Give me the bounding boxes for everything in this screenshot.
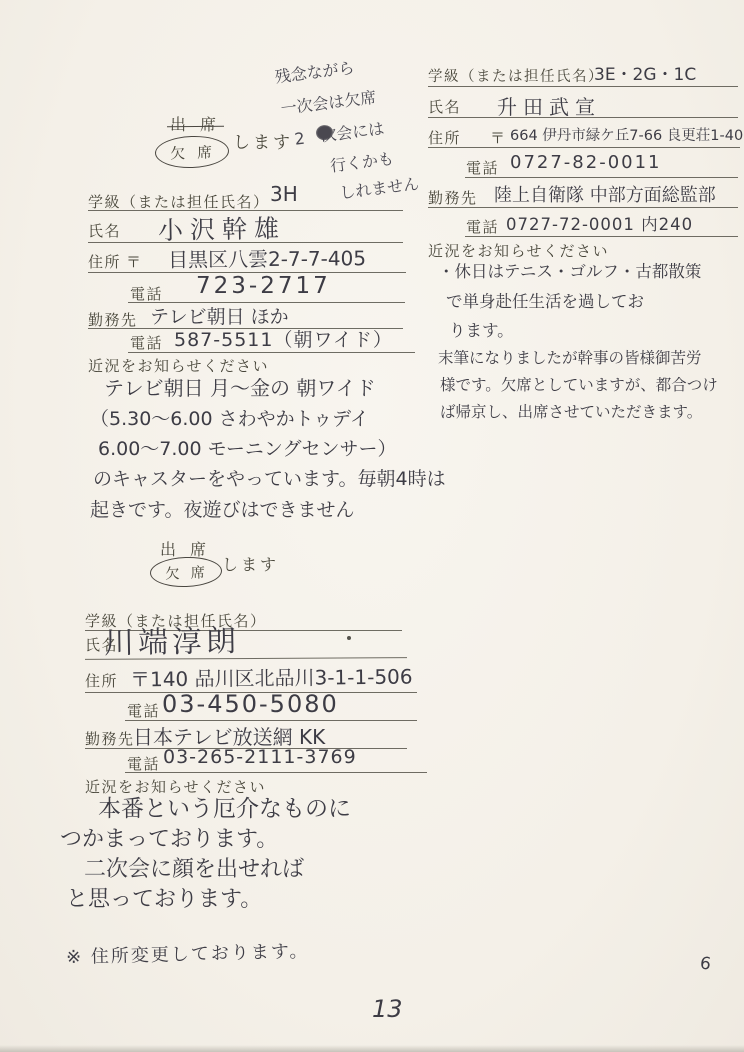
address-value: 〒140 品川区北品川3-1-1-506 (130, 661, 413, 693)
news-line: テレビ朝日 月〜金の 朝ワイド (104, 372, 376, 401)
scan-edge-shadow (0, 1045, 744, 1052)
news-line: ります。 (449, 317, 514, 341)
phone-value: 587-5511（朝ワイド） (174, 325, 393, 352)
attend-option-struck: 出席 (170, 117, 230, 134)
name-value: 川端淳朗 (104, 616, 241, 662)
workplace-label: 勤務先 (428, 187, 478, 208)
phone-value: 0727-82-0011 (510, 152, 662, 173)
note-line: しれません (338, 171, 420, 204)
form-line (465, 177, 738, 178)
phone-label: 電話 (466, 157, 499, 178)
address-label: 住所 (85, 670, 118, 691)
news-line: 本番という厄介なものに (98, 790, 351, 823)
news-line: のキャスターをやっています。毎朝4時は (93, 464, 446, 491)
news-line: で単身赴任生活を過してお (446, 288, 644, 312)
phone-label: 電話 (130, 283, 163, 304)
postal-mark: 〒 (126, 251, 141, 272)
phone-label: 電話 (127, 753, 160, 774)
footnote: ※ 住所変更しております。 (66, 937, 310, 969)
phone-value: 723-2717 (196, 273, 331, 299)
phone-label: 電話 (130, 332, 163, 353)
news-line: 6.00〜7.00 モーニングセンサー） (98, 434, 397, 461)
workplace-label: 勤務先 (85, 728, 135, 749)
address-value: 目黒区八雲2-7-7-405 (168, 242, 366, 273)
form-line (465, 236, 738, 237)
attend-suffix-label: します (222, 552, 279, 575)
phone-label: 電話 (466, 216, 499, 237)
news-line: ば帰京し、出席させていただきます。 (440, 400, 702, 422)
note-line: 2 次会には (293, 116, 385, 150)
form-line (428, 86, 738, 87)
note-line: 一次会は欠席 (279, 85, 377, 120)
news-line: 起きです。夜遊びはできません (90, 495, 354, 522)
absent-option-circled: 欠席 (149, 556, 222, 588)
address-value: 664 伊丹市緑ケ丘7-66 良更荘1-401 (510, 124, 744, 145)
page-number: 13 (372, 995, 403, 1023)
ink-dot (347, 636, 351, 640)
note-line: 行くかも (329, 146, 395, 177)
name-value: 小沢幹雄 (158, 209, 287, 247)
class-value: 3E・2G・1C (594, 60, 696, 85)
absent-option-circled: 欠席 (154, 135, 229, 170)
news-line: （5.30〜6.00 さわやかトゥデイ (90, 404, 369, 431)
form-line (128, 352, 415, 353)
phone-value: 03-450-5080 (162, 690, 339, 718)
news-line: 二次会に顔を出せれば (84, 852, 304, 883)
class-value: 3H (270, 182, 298, 206)
note-line: 残念ながら (273, 55, 355, 88)
name-value: 升田武宣 (497, 91, 601, 120)
news-line: 様です。欠席としていますが、都合つけ (440, 373, 718, 395)
news-line: ・休日はテニス・ゴルフ・古都散策 (438, 258, 701, 282)
postal-mark: 〒 (490, 127, 505, 148)
news-line: と思っております。 (66, 882, 262, 913)
form-line (125, 772, 427, 773)
name-label: 氏名 (428, 96, 461, 117)
corner-number: 6 (699, 953, 713, 974)
news-line: つかまっております。 (60, 822, 278, 853)
phone-value: 0727-72-0001 内240 (506, 211, 693, 235)
phone-label: 電話 (127, 700, 160, 721)
workplace-label: 勤務先 (88, 309, 138, 330)
address-label: 住所 (428, 127, 461, 148)
news-line: 末筆になりましたが幹事の皆様御苦労 (438, 346, 702, 368)
scanned-reply-sheet: 出席 します 欠席 残念ながら 一次会は欠席 2 次会には 行くかも しれません… (0, 0, 744, 1052)
class-label: 学級（または担任氏名） (428, 65, 604, 86)
workplace-value: 陸上自衛隊 中部方面総監部 (494, 181, 716, 207)
phone-value: 03-265-2111-3769 (163, 746, 357, 768)
form-line (428, 147, 740, 148)
address-label: 住所 (88, 251, 121, 272)
name-label: 氏名 (88, 220, 121, 241)
